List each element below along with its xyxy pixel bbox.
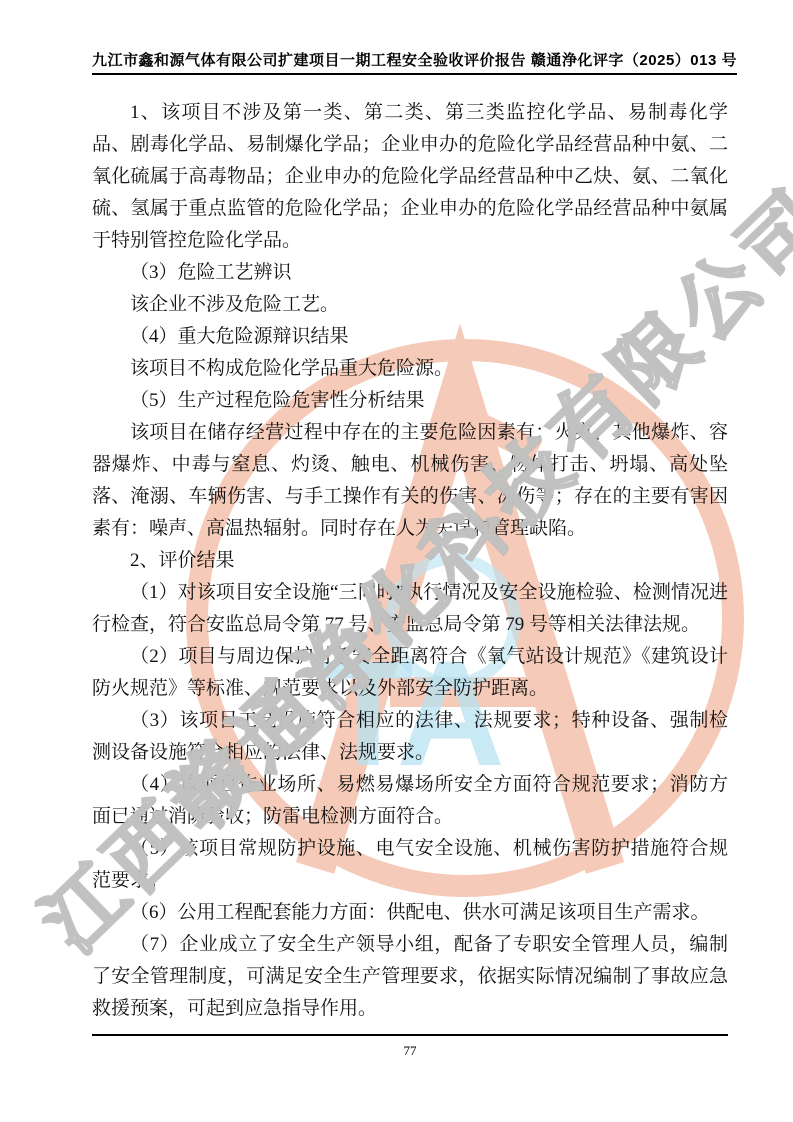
body-paragraph: 2、评价结果: [92, 545, 728, 577]
body-paragraph: （3）危险工艺辨识: [92, 257, 728, 289]
body-paragraph: （1）对该项目安全设施“三同时”执行情况及安全设施检验、检测情况进行检查，符合安…: [92, 577, 728, 641]
page-footer: 77: [92, 1034, 728, 1059]
body-paragraph: （4）重大危险源辩识结果: [92, 321, 728, 353]
body-paragraph: （2）项目与周边保护对象安全距离符合《氧气站设计规范》《建筑设计防火规范》等标准…: [92, 641, 728, 705]
page-number: 77: [404, 1043, 417, 1058]
body-paragraph: 该项目在储存经营过程中存在的主要危险因素有：火灾、其他爆炸、容器爆炸、中毒与窒息…: [92, 417, 728, 545]
report-title: 九江市鑫和源气体有限公司扩建项目一期工程安全验收评价报告: [92, 52, 526, 70]
body-paragraph: （3）该项目工艺设施符合相应的法律、法规要求；特种设备、强制检测设备设施符合相应…: [92, 705, 728, 769]
page-header: 九江市鑫和源气体有限公司扩建项目一期工程安全验收评价报告 赣通浄化评字（2025…: [92, 52, 737, 75]
body-paragraph: 该项目不构成危险化学品重大危险源。: [92, 353, 728, 385]
document-number: 赣通浄化评字（2025）013 号: [531, 52, 737, 70]
body-paragraph: 该企业不涉及危险工艺。: [92, 289, 728, 321]
body-paragraph: （5）生产过程危险危害性分析结果: [92, 385, 728, 417]
body-paragraph: （4）该项目作业场所、易燃易爆场所安全方面符合规范要求；消防方面已通过消防验收；…: [92, 769, 728, 833]
body-paragraph: （7）企业成立了安全生产领导小组，配备了专职安全管理人员，编制了安全管理制度，可…: [92, 929, 728, 1025]
body-paragraph: （6）公用工程配套能力方面：供配电、供水可满足该项目生产需求。: [92, 897, 728, 929]
body-paragraph: （5）该项目常规防护设施、电气安全设施、机械伤害防护措施符合规范要求。: [92, 833, 728, 897]
document-body: 1、该项目不涉及第一类、第二类、第三类监控化学品、易制毒化学品、剧毒化学品、易制…: [92, 97, 728, 1025]
body-paragraph: 1、该项目不涉及第一类、第二类、第三类监控化学品、易制毒化学品、剧毒化学品、易制…: [92, 97, 728, 257]
